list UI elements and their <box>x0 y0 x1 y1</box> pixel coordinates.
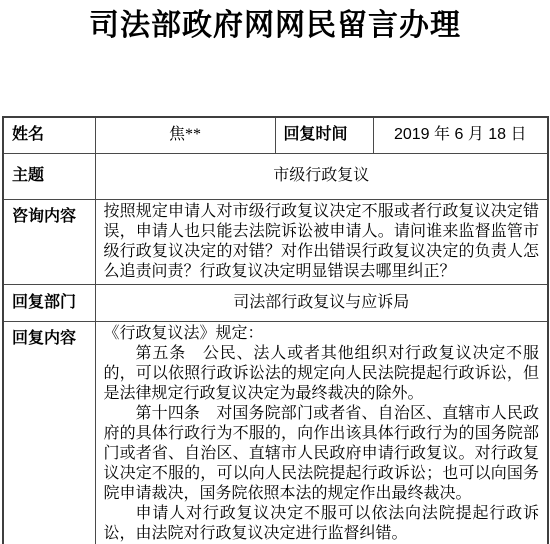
reply-dept-label: 回复部门 <box>3 284 95 321</box>
reply-content-value: 《行政复议法》规定：第五条 公民、法人或者其他组织对行政复议决定不服的，可以依照… <box>95 321 548 544</box>
reply-paragraph: 第十四条 对国务院部门或者省、自治区、直辖市人民政府的具体行政行为不服的，向作出… <box>104 404 540 504</box>
inquiry-value: 按照规定申请人对市级行政复议决定不服或者行政复议决定错误，申请人也只能去法院诉讼… <box>95 199 548 284</box>
reply-paragraph: 第五条 公民、法人或者其他组织对行政复议决定不服的，可以依照行政诉讼法的规定向人… <box>104 344 540 404</box>
reply-time-label: 回复时间 <box>275 117 373 153</box>
subject-value: 市级行政复议 <box>95 153 548 199</box>
subject-label: 主题 <box>3 153 95 199</box>
reply-content-label: 回复内容 <box>3 321 95 544</box>
row-reply-content: 回复内容 《行政复议法》规定：第五条 公民、法人或者其他组织对行政复议决定不服的… <box>3 321 548 544</box>
reply-time-value: 2019 年 6 月 18 日 <box>373 117 548 153</box>
inquiry-label: 咨询内容 <box>3 199 95 284</box>
message-table: 姓名 焦** 回复时间 2019 年 6 月 18 日 主题 市级行政复议 咨询… <box>2 116 549 544</box>
page-title: 司法部政府网网民留言办理 <box>0 0 550 48</box>
row-subject: 主题 市级行政复议 <box>3 153 548 199</box>
reply-dept-value: 司法部行政复议与应诉局 <box>95 284 548 321</box>
reply-paragraph: 申请人对行政复议决定不服可以依法向法院提起行政诉讼，由法院对行政复议决定进行监督… <box>104 504 540 544</box>
document-page: 司法部政府网网民留言办理 姓名 焦** 回复时间 2019 年 6 月 18 日… <box>0 0 550 544</box>
row-reply-dept: 回复部门 司法部行政复议与应诉局 <box>3 284 548 321</box>
reply-paragraph: 《行政复议法》规定： <box>104 324 540 344</box>
name-value: 焦** <box>95 117 275 153</box>
row-inquiry: 咨询内容 按照规定申请人对市级行政复议决定不服或者行政复议决定错误，申请人也只能… <box>3 199 548 284</box>
name-label: 姓名 <box>3 117 95 153</box>
row-name-replytime: 姓名 焦** 回复时间 2019 年 6 月 18 日 <box>3 117 548 153</box>
